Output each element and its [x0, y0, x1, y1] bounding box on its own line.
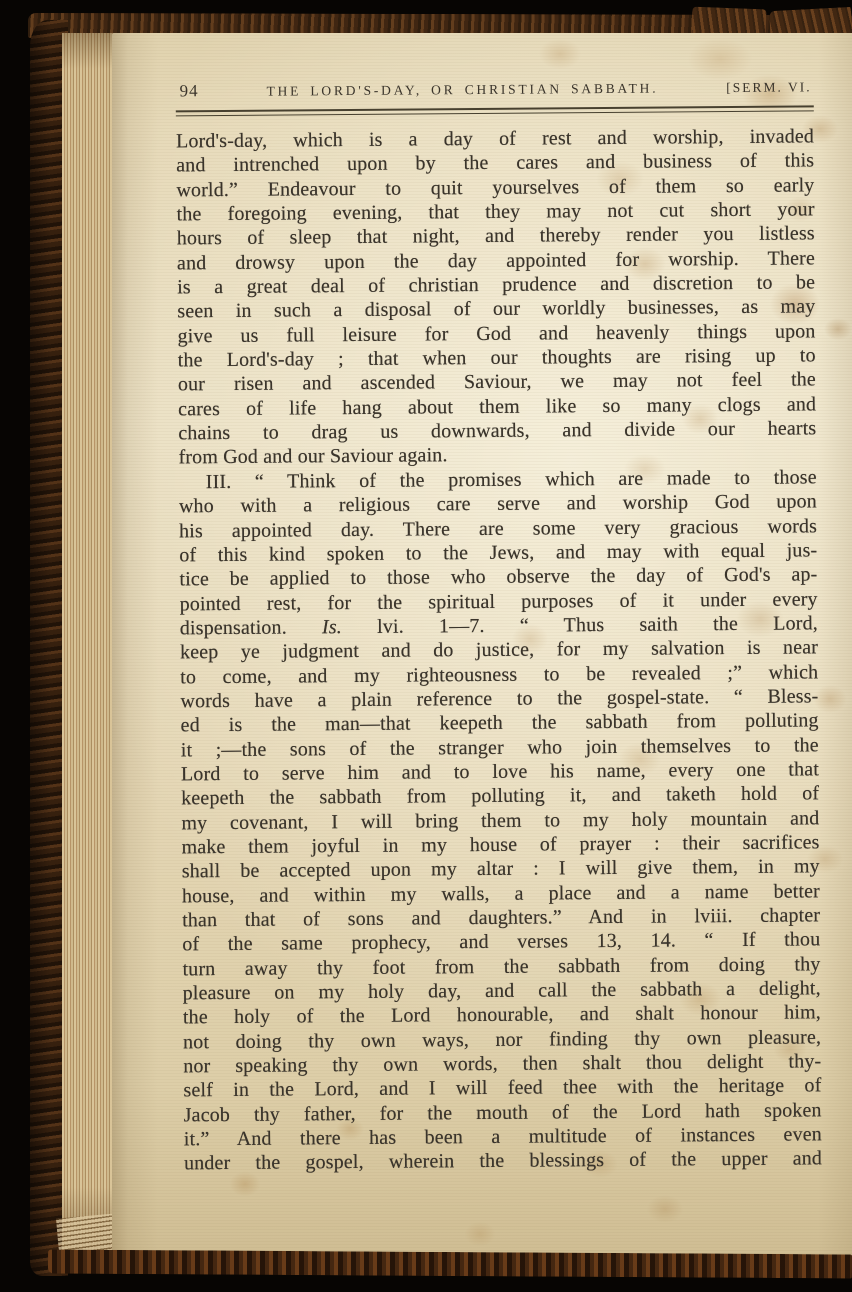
book-page: 94 THE LORD'S-DAY, OR CHRISTIAN SABBATH.… — [112, 33, 852, 1257]
sermon-label: [SERM. VI. — [726, 79, 812, 96]
body-text: Lord's-day, which is a day of rest and w… — [176, 124, 822, 1176]
text-line: under the gospel, wherein the blessings … — [184, 1147, 822, 1176]
running-title: THE LORD'S-DAY, OR CHRISTIAN SABBATH. — [199, 80, 727, 100]
book-cover-bottom-edge — [48, 1250, 852, 1279]
printed-content: 94 THE LORD'S-DAY, OR CHRISTIAN SABBATH.… — [107, 30, 852, 1260]
book-photograph: { "document": { "page_number": "94", "ru… — [0, 0, 852, 1292]
page-header: 94 THE LORD'S-DAY, OR CHRISTIAN SABBATH.… — [180, 76, 812, 101]
page-number: 94 — [180, 81, 199, 101]
